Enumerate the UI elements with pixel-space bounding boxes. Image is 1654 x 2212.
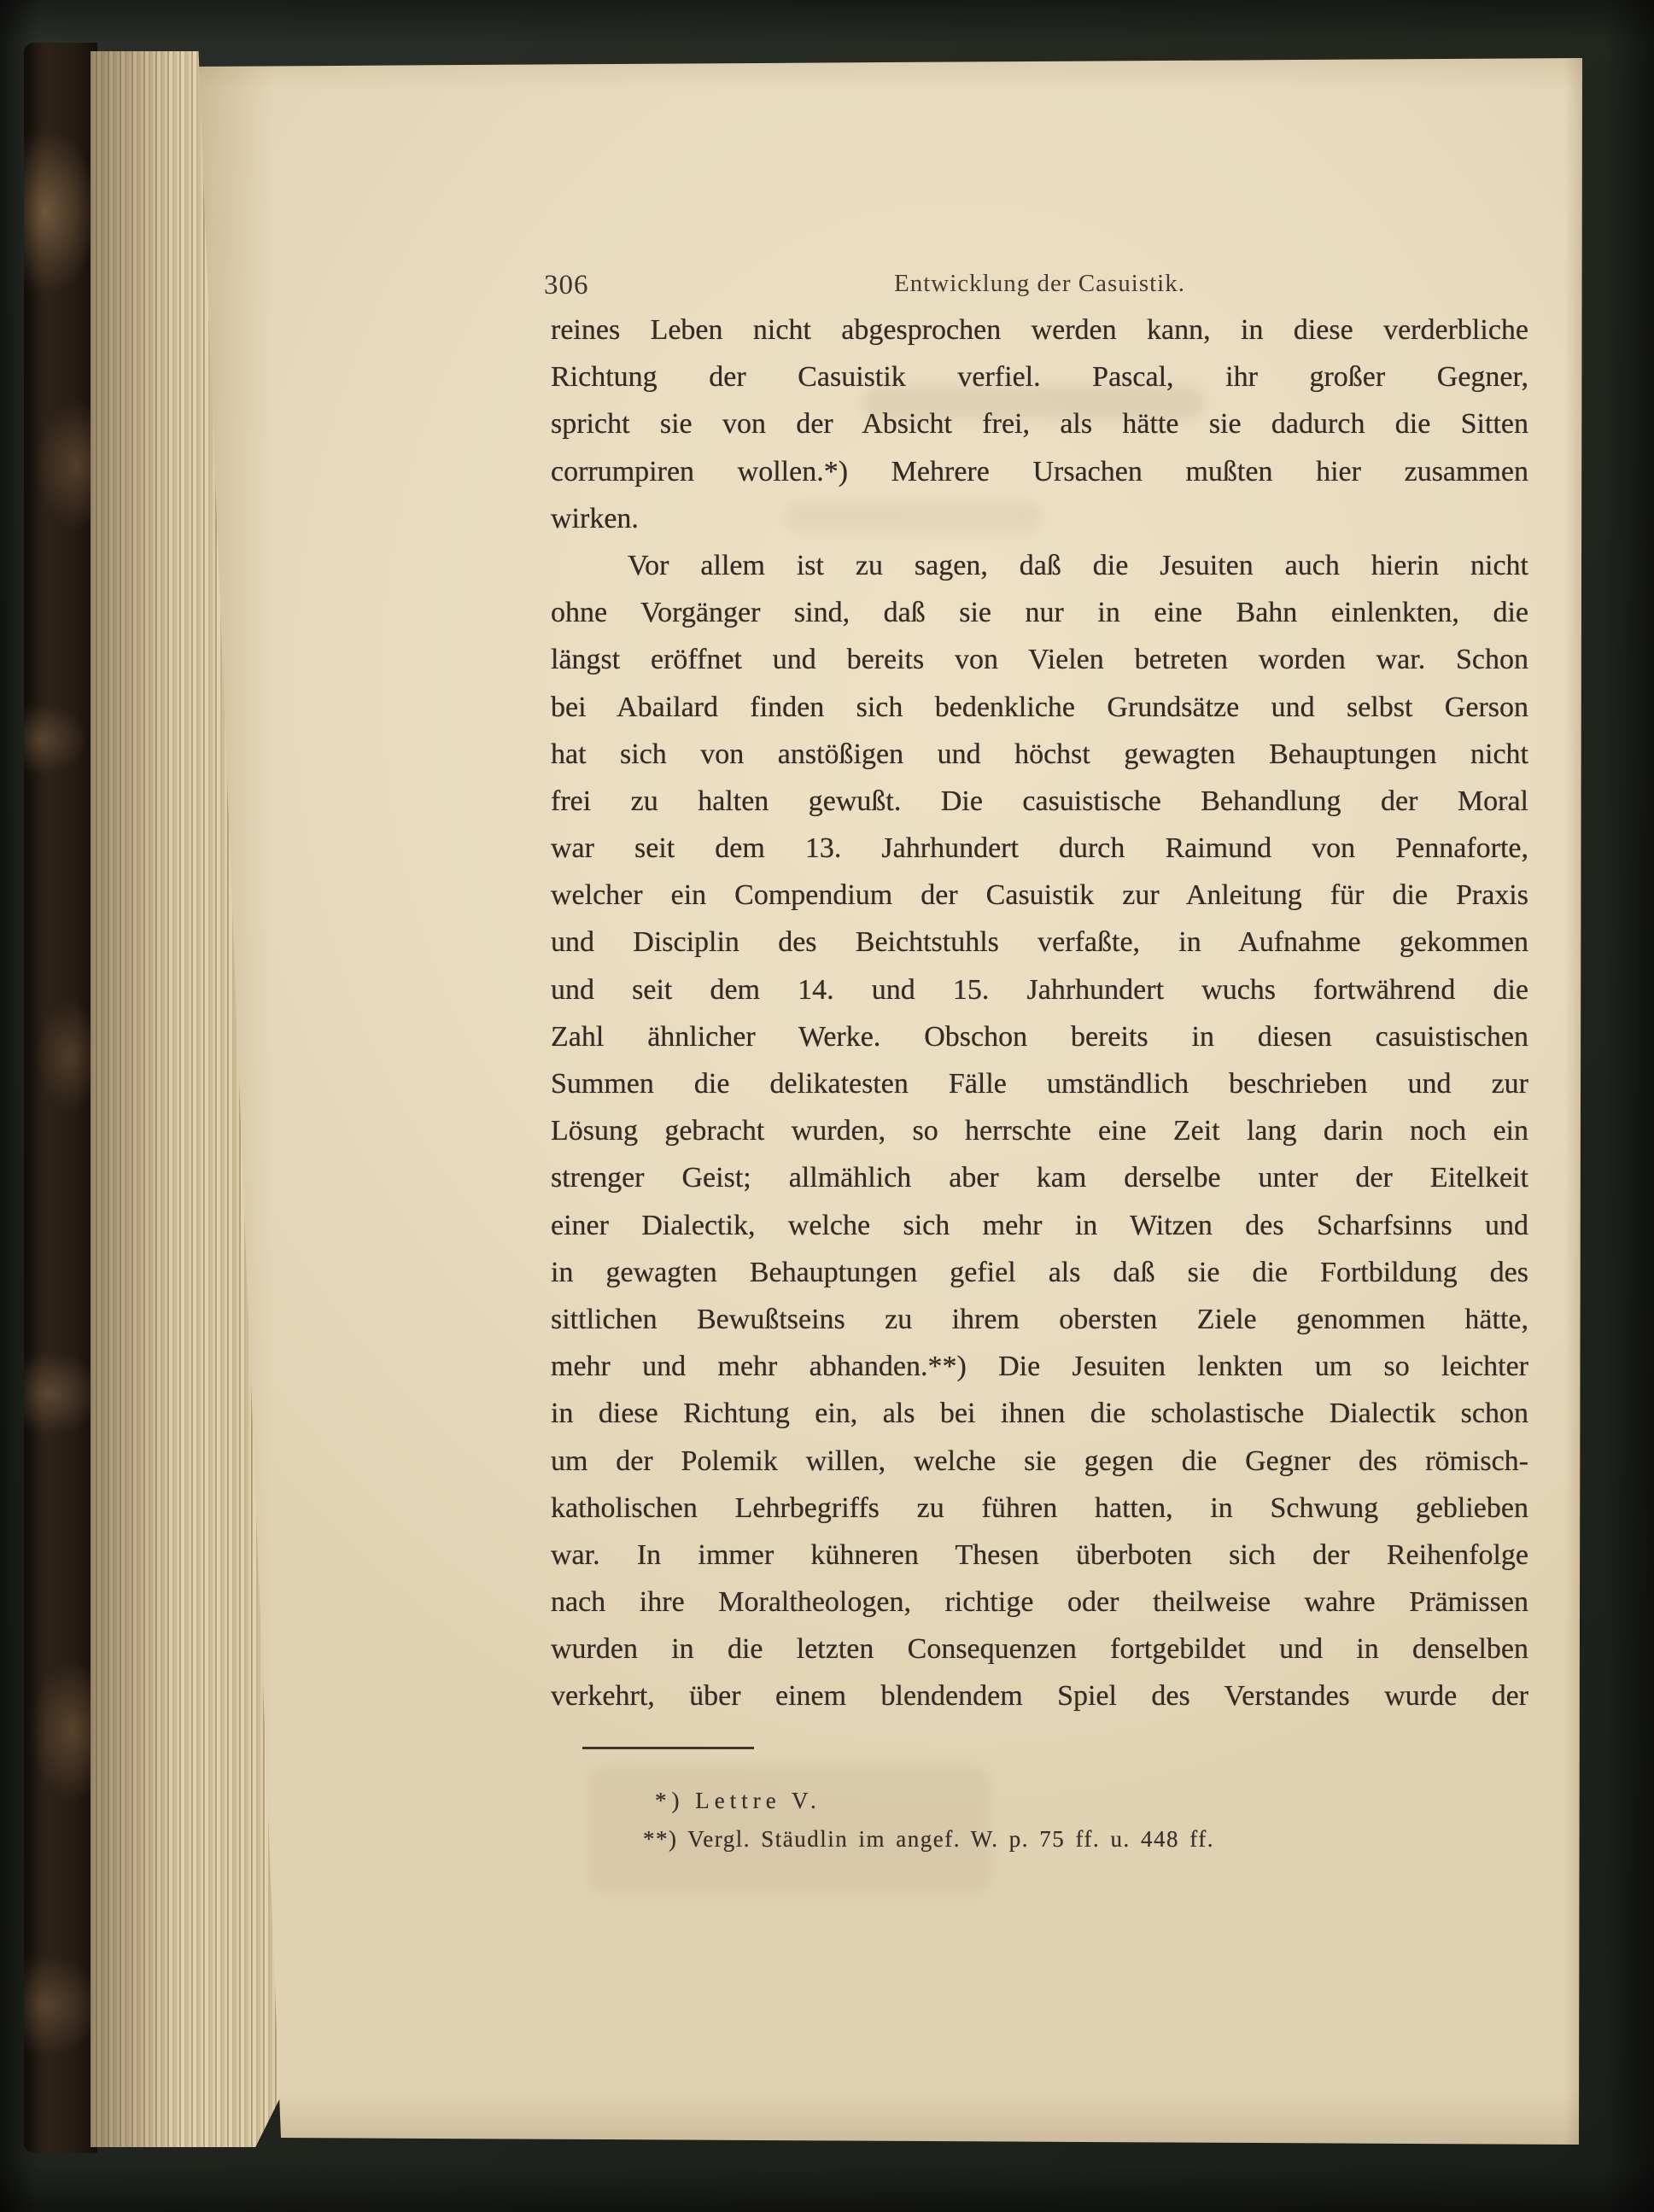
running-header-title: Entwicklung der Casuistik. xyxy=(551,270,1528,298)
text-line: Lösung gebracht wurden, so herrschte ein… xyxy=(551,1115,1528,1162)
text-line: strenger Geist; allmählich aber kam ders… xyxy=(551,1162,1528,1209)
running-header: 306 Entwicklung der Casuistik. xyxy=(551,270,1528,309)
text-line: sittlichen Bewußtseins zu ihrem obersten… xyxy=(551,1304,1528,1351)
text-line: hat sich von anstößigen und höchst gewag… xyxy=(551,738,1528,785)
text-line: welcher ein Compendium der Casuistik zur… xyxy=(551,879,1528,926)
text-line: spricht sie von der Absicht frei, als hä… xyxy=(551,408,1528,455)
text-line: nach ihre Moraltheologen, richtige oder … xyxy=(551,1586,1528,1633)
text-line: Vor allem ist zu sagen, daß die Jesuiten… xyxy=(551,550,1528,597)
text-line: Summen die delikatesten Fälle umständlic… xyxy=(551,1068,1528,1115)
book-spine-cover xyxy=(24,43,97,2153)
text-line: corrumpiren wollen.*) Mehrere Ursachen m… xyxy=(551,456,1528,503)
text-line: reines Leben nicht abgesprochen werden k… xyxy=(551,314,1528,361)
text-line: bei Abailard finden sich bedenkliche Gru… xyxy=(551,692,1528,738)
text-line: in diese Richtung ein, als bei ihnen die… xyxy=(551,1398,1528,1445)
footnote-separator-rule xyxy=(582,1747,754,1749)
text-line: wurden in die letzten Consequenzen fortg… xyxy=(551,1633,1528,1680)
text-line: Zahl ähnlicher Werke. Obschon bereits in… xyxy=(551,1021,1528,1068)
text-line: war seit dem 13. Jahrhundert durch Raimu… xyxy=(551,832,1528,879)
text-line: um der Polemik willen, welche sie gegen … xyxy=(551,1445,1528,1492)
text-line: verkehrt, über einem blendendem Spiel de… xyxy=(551,1680,1528,1727)
text-line: ohne Vorgänger sind, daß sie nur in eine… xyxy=(551,597,1528,644)
text-line: längst eröffnet und bereits von Vielen b… xyxy=(551,644,1528,691)
footnote-1: *) Lettre V. xyxy=(655,1788,821,1814)
text-line: in gewagten Behauptungen gefiel als daß … xyxy=(551,1257,1528,1304)
text-line: war. In immer kühneren Thesen überboten … xyxy=(551,1539,1528,1586)
text-line: katholischen Lehrbegriffs zu führen hatt… xyxy=(551,1492,1528,1539)
text-line: und Disciplin des Beichtstuhls verfaßte,… xyxy=(551,926,1528,973)
body-text: reines Leben nicht abgesprochen werden k… xyxy=(551,314,1528,1728)
text-line: mehr und mehr abhanden.**) Die Jesuiten … xyxy=(551,1351,1528,1398)
text-line: und seit dem 14. und 15. Jahrhundert wuc… xyxy=(551,974,1528,1021)
text-line: frei zu halten gewußt. Die casuistische … xyxy=(551,785,1528,832)
text-line: einer Dialectik, welche sich mehr in Wit… xyxy=(551,1210,1528,1257)
footnote-2: **) Vergl. Stäudlin im angef. W. p. 75 f… xyxy=(643,1826,1214,1853)
text-line: wirken. xyxy=(551,503,1528,550)
book-scan-photo: 306 Entwicklung der Casuistik. reines Le… xyxy=(0,0,1654,2212)
text-line: Richtung der Casuistik verfiel. Pascal, … xyxy=(551,361,1528,408)
page-number: 306 xyxy=(544,270,589,301)
